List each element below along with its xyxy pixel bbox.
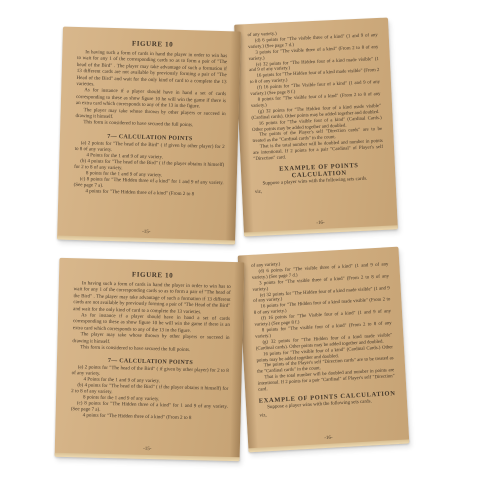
page-left-content: FIGURE 10 In having such a form of cards… [57,27,241,245]
product-photo: FIGURE 10 In having such a form of cards… [0,0,500,500]
paragraph: In having such a form of cards in hand t… [76,50,227,93]
paragraph: In having such a form of cards in hand t… [73,281,231,317]
booklet-top-page-left: FIGURE 10 In having such a form of cards… [57,27,241,245]
page-number: -16- [248,431,409,445]
page-right-content: of any variety.) (d) 6 points for "The v… [234,17,398,236]
figure-title: FIGURE 10 [74,269,231,281]
page-number: -15- [55,445,240,455]
page-right-content: of any variety.) (d) 6 points for "The v… [238,247,410,453]
booklet-top-page-right: of any variety.) (d) 6 points for "The v… [234,17,398,236]
page-number: -15- [57,227,235,237]
page-left-content: FIGURE 10 In having such a form of cards… [55,258,245,461]
page-number: -16- [244,217,398,229]
figure-title: FIGURE 10 [77,38,227,50]
booklet-bottom-page-left: FIGURE 10 In having such a form of cards… [55,258,245,461]
booklet-bottom-page-right: of any variety.) (d) 6 points for "The v… [238,247,410,453]
